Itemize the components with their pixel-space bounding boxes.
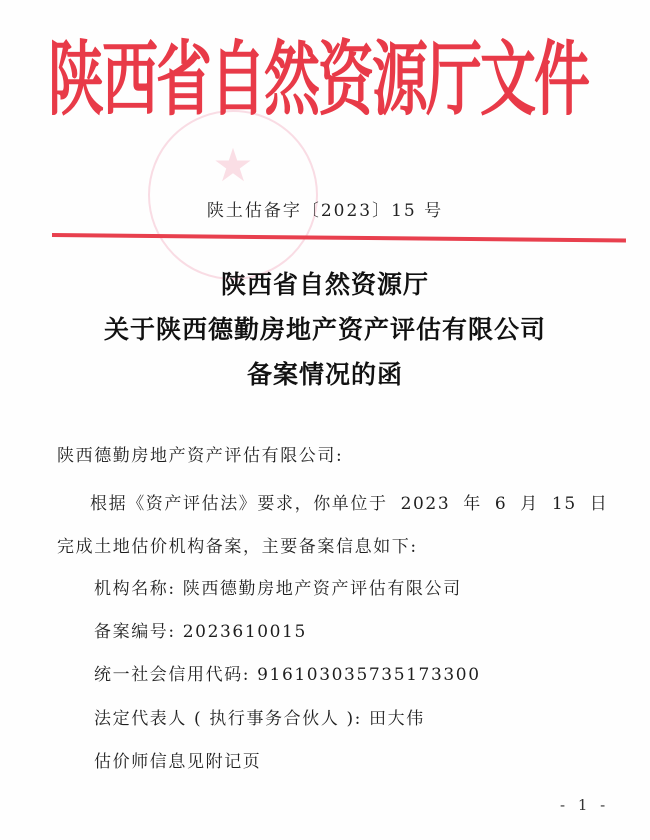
info-label: 机构名称: bbox=[94, 579, 183, 599]
info-value: 916103035735173300 bbox=[257, 665, 481, 685]
info-value: 田大伟 bbox=[369, 709, 425, 729]
info-value: 陕西德勤房地产资产评估有限公司 bbox=[183, 579, 462, 599]
info-label: 估价师信息见附记页 bbox=[94, 752, 261, 772]
document-number: 陕土估备字〔2023〕15 号 bbox=[0, 196, 650, 221]
document-title: 陕西省自然资源厅 关于陕西德勤房地产资产评估有限公司 备案情况的函 bbox=[0, 262, 650, 397]
info-value: 2023610015 bbox=[183, 622, 307, 642]
document-page: ★ 陕西省自然资源厅文件 陕土估备字〔2023〕15 号 陕西省自然资源厅 关于… bbox=[0, 0, 650, 840]
info-appraiser-note: 估价师信息见附记页 bbox=[94, 747, 261, 772]
page-number: - 1 - bbox=[560, 796, 609, 814]
title-line-1: 陕西省自然资源厅 bbox=[0, 262, 650, 307]
paragraph-2: 完成土地估价机构备案，主要备案信息如下: bbox=[57, 532, 418, 557]
paragraph-1: 根据《资产评估法》要求，你单位于 2023 年 6 月 15 日 bbox=[90, 489, 608, 514]
header-divider bbox=[52, 233, 626, 243]
info-registration-number: 备案编号: 2023610015 bbox=[94, 617, 307, 642]
info-credit-code: 统一社会信用代码: 916103035735173300 bbox=[94, 660, 481, 685]
info-institution-name: 机构名称: 陕西德勤房地产资产评估有限公司 bbox=[94, 574, 462, 599]
salutation: 陕西德勤房地产资产评估有限公司: bbox=[57, 441, 343, 466]
info-label: 统一社会信用代码: bbox=[94, 665, 257, 685]
info-label: 法定代表人 ( 执行事务合伙人 ): bbox=[94, 709, 369, 729]
info-legal-representative: 法定代表人 ( 执行事务合伙人 ): 田大伟 bbox=[94, 704, 425, 729]
info-label: 备案编号: bbox=[94, 622, 183, 642]
document-header-title: 陕西省自然资源厅文件 bbox=[48, 8, 638, 153]
title-line-3: 备案情况的函 bbox=[0, 352, 650, 397]
title-line-2: 关于陕西德勤房地产资产评估有限公司 bbox=[0, 307, 650, 352]
